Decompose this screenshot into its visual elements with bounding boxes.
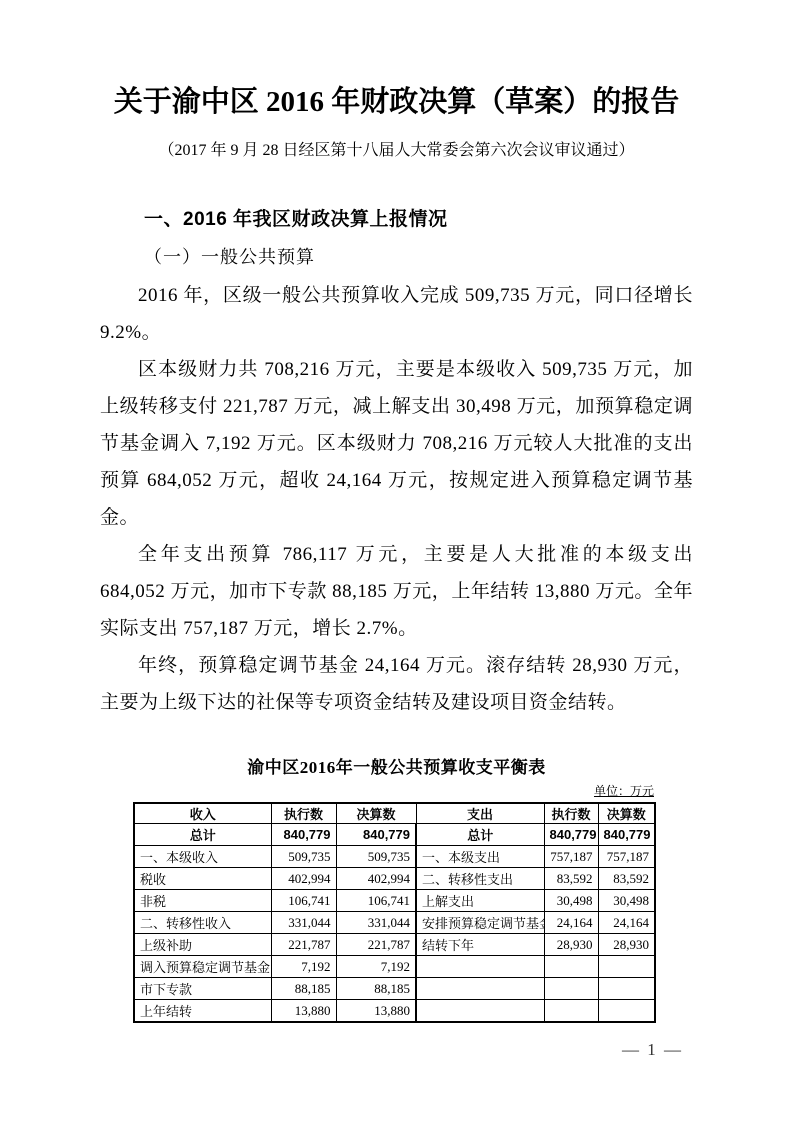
expense-name-cell: 总计 — [416, 824, 544, 846]
section-heading: 一、2016 年我区财政决算上报情况 — [144, 206, 448, 233]
column-header-expense-final: 决算数 — [598, 803, 655, 824]
income-executed-cell: 840,779 — [271, 824, 336, 846]
expense-name-cell: 一、本级支出 — [416, 846, 544, 868]
income-name-cell: 一、本级收入 — [134, 846, 271, 868]
income-name-cell: 上级补助 — [134, 934, 271, 956]
expense-final-cell — [598, 978, 655, 1000]
table-unit-label: 单位：万元 — [133, 784, 654, 798]
expense-executed-cell: 30,498 — [544, 890, 598, 912]
table-row: 市下专款88,18588,185 — [134, 978, 655, 1000]
income-final-cell: 13,880 — [336, 1000, 416, 1023]
table-row: 上级补助221,787221,787结转下年28,93028,930 — [134, 934, 655, 956]
expense-executed-cell: 83,592 — [544, 868, 598, 890]
expense-executed-cell — [544, 978, 598, 1000]
table-row: 一、本级收入509,735509,735一、本级支出757,187757,187 — [134, 846, 655, 868]
page-number: — 1 — — [622, 1040, 683, 1060]
expense-name-cell — [416, 978, 544, 1000]
income-final-cell: 7,192 — [336, 956, 416, 978]
income-executed-cell: 509,735 — [271, 846, 336, 868]
table-row: 调入预算稳定调节基金7,1927,192 — [134, 956, 655, 978]
table-title: 渝中区2016年一般公共预算收支平衡表 — [100, 758, 693, 778]
column-header-expense: 支出 — [416, 803, 544, 824]
income-executed-cell: 13,880 — [271, 1000, 336, 1023]
expense-executed-cell — [544, 956, 598, 978]
income-final-cell: 331,044 — [336, 912, 416, 934]
income-executed-cell: 221,787 — [271, 934, 336, 956]
paragraph-expenditure-summary: 全年支出预算 786,117 万元，主要是人大批准的本级支出 684,052 万… — [100, 536, 693, 647]
income-name-cell: 非税 — [134, 890, 271, 912]
expense-final-cell — [598, 1000, 655, 1023]
income-name-cell: 税收 — [134, 868, 271, 890]
income-name-cell: 上年结转 — [134, 1000, 271, 1023]
expense-final-cell: 30,498 — [598, 890, 655, 912]
income-executed-cell: 106,741 — [271, 890, 336, 912]
column-header-income: 收入 — [134, 803, 271, 824]
budget-table-section: 渝中区2016年一般公共预算收支平衡表 单位：万元 收入 执行数 决算数 支出 … — [100, 758, 693, 1023]
income-final-cell: 509,735 — [336, 846, 416, 868]
income-name-cell: 总计 — [134, 824, 271, 846]
expense-name-cell — [416, 1000, 544, 1023]
income-executed-cell: 7,192 — [271, 956, 336, 978]
income-final-cell: 402,994 — [336, 868, 416, 890]
expense-executed-cell: 757,187 — [544, 846, 598, 868]
table-row: 二、转移性收入331,044331,044安排预算稳定调节基金24,16424,… — [134, 912, 655, 934]
expense-name-cell: 结转下年 — [416, 934, 544, 956]
expense-executed-cell: 28,930 — [544, 934, 598, 956]
budget-balance-table: 收入 执行数 决算数 支出 执行数 决算数 总计840,779840,779总计… — [133, 802, 656, 1023]
expense-name-cell: 二、转移性支出 — [416, 868, 544, 890]
table-row: 上年结转13,88013,880 — [134, 1000, 655, 1023]
income-name-cell: 二、转移性收入 — [134, 912, 271, 934]
income-final-cell: 106,741 — [336, 890, 416, 912]
expense-final-cell: 840,779 — [598, 824, 655, 846]
expense-name-cell — [416, 956, 544, 978]
expense-executed-cell: 840,779 — [544, 824, 598, 846]
body-text: 2016 年，区级一般公共预算收入完成 509,735 万元，同口径增长 9.2… — [100, 277, 693, 759]
expense-name-cell: 安排预算稳定调节基金 — [416, 912, 544, 934]
expense-final-cell: 83,592 — [598, 868, 655, 890]
paragraph-fiscal-capacity: 区本级财力共 708,216 万元，主要是本级收入 509,735 万元，加上级… — [100, 351, 693, 536]
income-name-cell: 调入预算稳定调节基金 — [134, 956, 271, 978]
expense-final-cell: 757,187 — [598, 846, 655, 868]
expense-final-cell: 28,930 — [598, 934, 655, 956]
income-final-cell: 88,185 — [336, 978, 416, 1000]
paragraph-revenue-summary: 2016 年，区级一般公共预算收入完成 509,735 万元，同口径增长 9.2… — [100, 277, 693, 351]
expense-name-cell: 上解支出 — [416, 890, 544, 912]
paragraph-year-end-carryover: 年终，预算稳定调节基金 24,164 万元。滚存结转 28,930 万元，主要为… — [100, 647, 693, 721]
column-header-expense-executed: 执行数 — [544, 803, 598, 824]
income-executed-cell: 331,044 — [271, 912, 336, 934]
expense-executed-cell: 24,164 — [544, 912, 598, 934]
column-header-income-executed: 执行数 — [271, 803, 336, 824]
table-row: 税收402,994402,994二、转移性支出83,59283,592 — [134, 868, 655, 890]
document-title: 关于渝中区 2016 年财政决算（草案）的报告 — [60, 80, 733, 124]
income-executed-cell: 88,185 — [271, 978, 336, 1000]
document-page: 关于渝中区 2016 年财政决算（草案）的报告 （2017 年 9 月 28 日… — [0, 0, 793, 1122]
table-header-row: 收入 执行数 决算数 支出 执行数 决算数 — [134, 803, 655, 824]
expense-final-cell: 24,164 — [598, 912, 655, 934]
income-final-cell: 221,787 — [336, 934, 416, 956]
column-header-income-final: 决算数 — [336, 803, 416, 824]
expense-executed-cell — [544, 1000, 598, 1023]
table-row: 非税106,741106,741上解支出30,49830,498 — [134, 890, 655, 912]
subsection-heading: （一）一般公共预算 — [144, 244, 315, 270]
expense-final-cell — [598, 956, 655, 978]
document-subtitle: （2017 年 9 月 28 日经区第十八届人大常委会第六次会议审议通过） — [60, 138, 733, 164]
income-executed-cell: 402,994 — [271, 868, 336, 890]
income-final-cell: 840,779 — [336, 824, 416, 846]
table-row: 总计840,779840,779总计840,779840,779 — [134, 824, 655, 846]
income-name-cell: 市下专款 — [134, 978, 271, 1000]
